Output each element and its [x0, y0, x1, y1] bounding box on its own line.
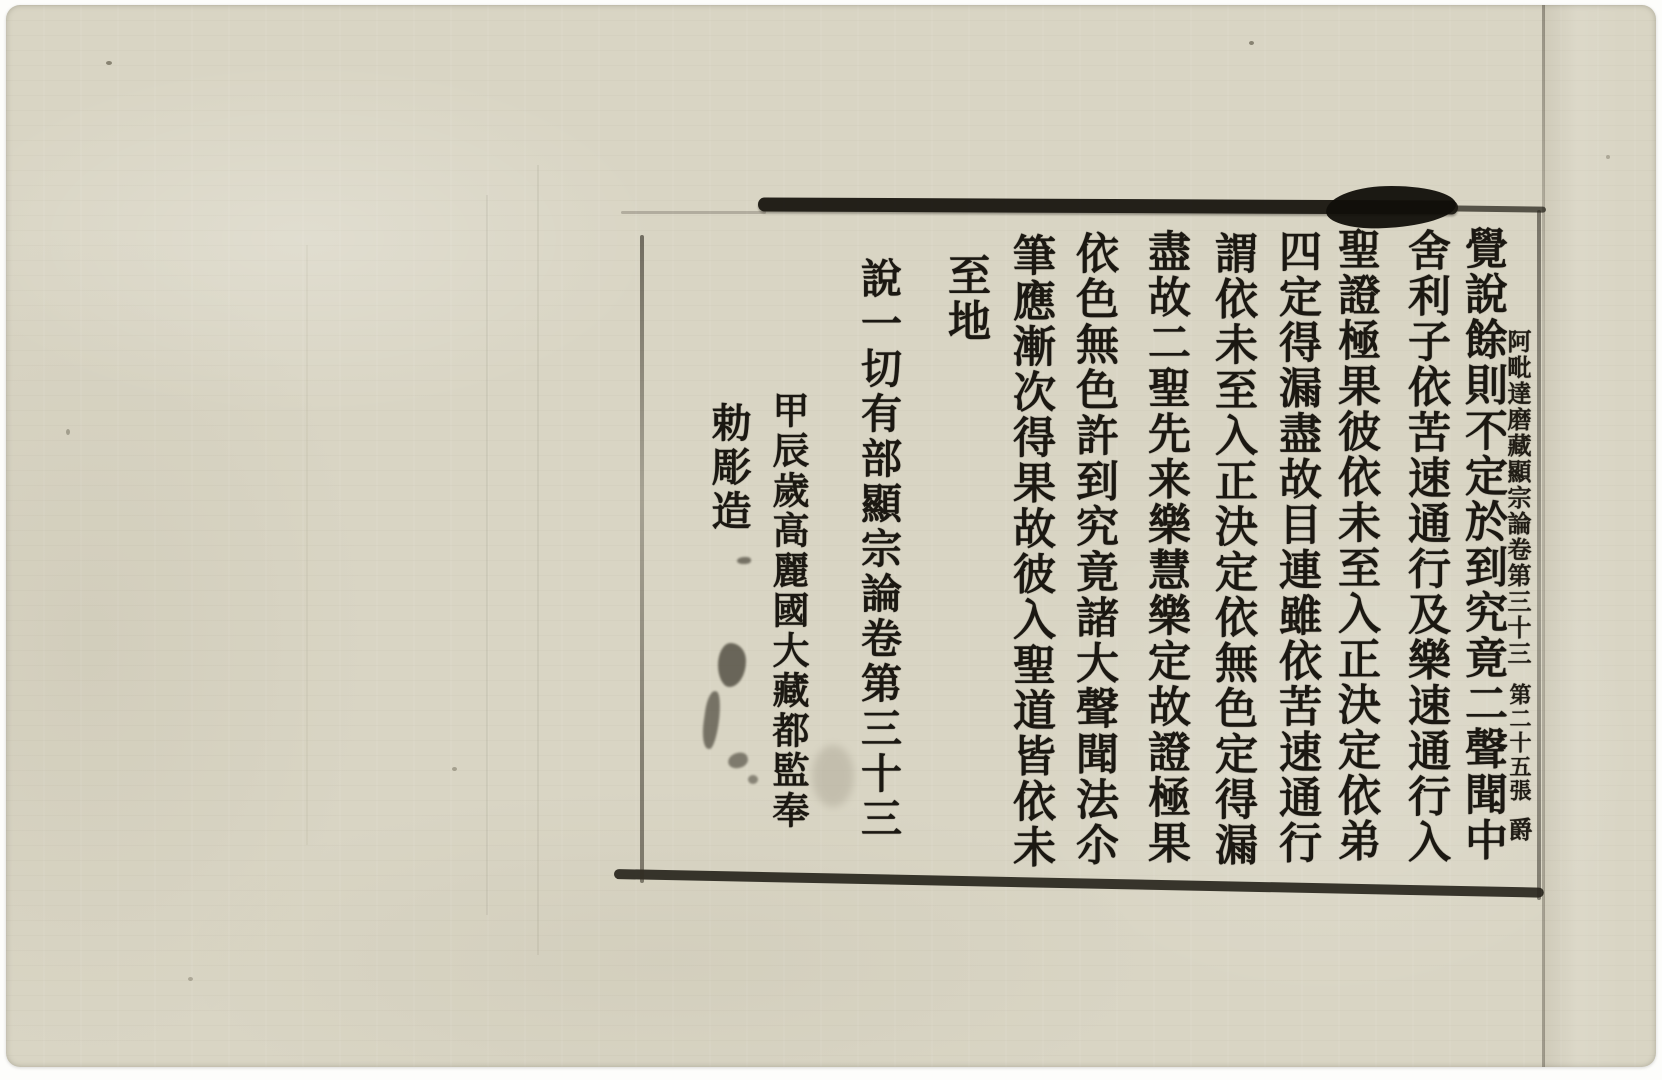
ink-smudge — [718, 643, 746, 687]
paper-streak — [537, 165, 539, 955]
frame-border-right — [1537, 210, 1541, 900]
paper-speck — [106, 61, 112, 65]
paper-speck — [1606, 155, 1610, 159]
paper-streak — [486, 195, 488, 915]
paper-streak — [306, 245, 308, 845]
page-fold-line — [1542, 5, 1545, 1067]
frame-border-top-left — [621, 211, 766, 214]
frame-border-left — [640, 235, 644, 883]
paper-speck — [66, 429, 70, 435]
ink-smudge — [737, 557, 751, 564]
adjacent-page-edge — [1544, 5, 1656, 1067]
text-column-9: 至地 — [937, 253, 995, 344]
text-column-4: 四定得漏盡故目連雖依苦速通行 — [1268, 229, 1326, 866]
colophon-line-1: 甲辰歲高麗國大藏都監奉 — [762, 391, 814, 831]
colophon-line-2: 勅彫造 — [702, 402, 754, 534]
text-column-6: 盡故二聖先来樂慧樂定故證極果 — [1137, 229, 1195, 866]
paper-speck — [188, 977, 193, 981]
text-column-3: 聖證極果彼依未至入正決定依弟 — [1327, 227, 1385, 864]
text-column-5: 謂依未至入正決定依無色定得漏 — [1204, 231, 1262, 868]
text-column-7: 依色無色許到究竟諸大聲聞法尒 — [1065, 231, 1123, 868]
frame-border-top-right — [1446, 205, 1546, 212]
frame-border-bottom — [614, 869, 1544, 898]
paper-speck — [452, 767, 457, 771]
gray-smear — [812, 745, 854, 807]
paper-speck — [1249, 41, 1254, 45]
end-title-column: 說一切有部顯宗論卷第三十三 — [849, 257, 907, 842]
text-column-2: 舍利子依苦速通行及樂速通行入 — [1397, 228, 1455, 865]
text-column-8: 筆應漸次得果故彼入聖道皆依未 — [1002, 233, 1060, 870]
ink-smudge — [726, 751, 749, 770]
paper-sheet: 阿毗達磨藏顯宗論卷第三十三 第二十五張 爵 覺說餘則不定於到究竟二聲聞中 舍利子… — [6, 5, 1656, 1067]
text-column-1: 覺說餘則不定於到究竟二聲聞中 — [1454, 226, 1512, 863]
ink-blob-top — [1325, 184, 1456, 229]
ink-smudge — [748, 775, 758, 784]
scanned-page: 阿毗達磨藏顯宗論卷第三十三 第二十五張 爵 覺說餘則不定於到究竟二聲聞中 舍利子… — [0, 0, 1662, 1080]
ink-smudge — [700, 690, 723, 750]
